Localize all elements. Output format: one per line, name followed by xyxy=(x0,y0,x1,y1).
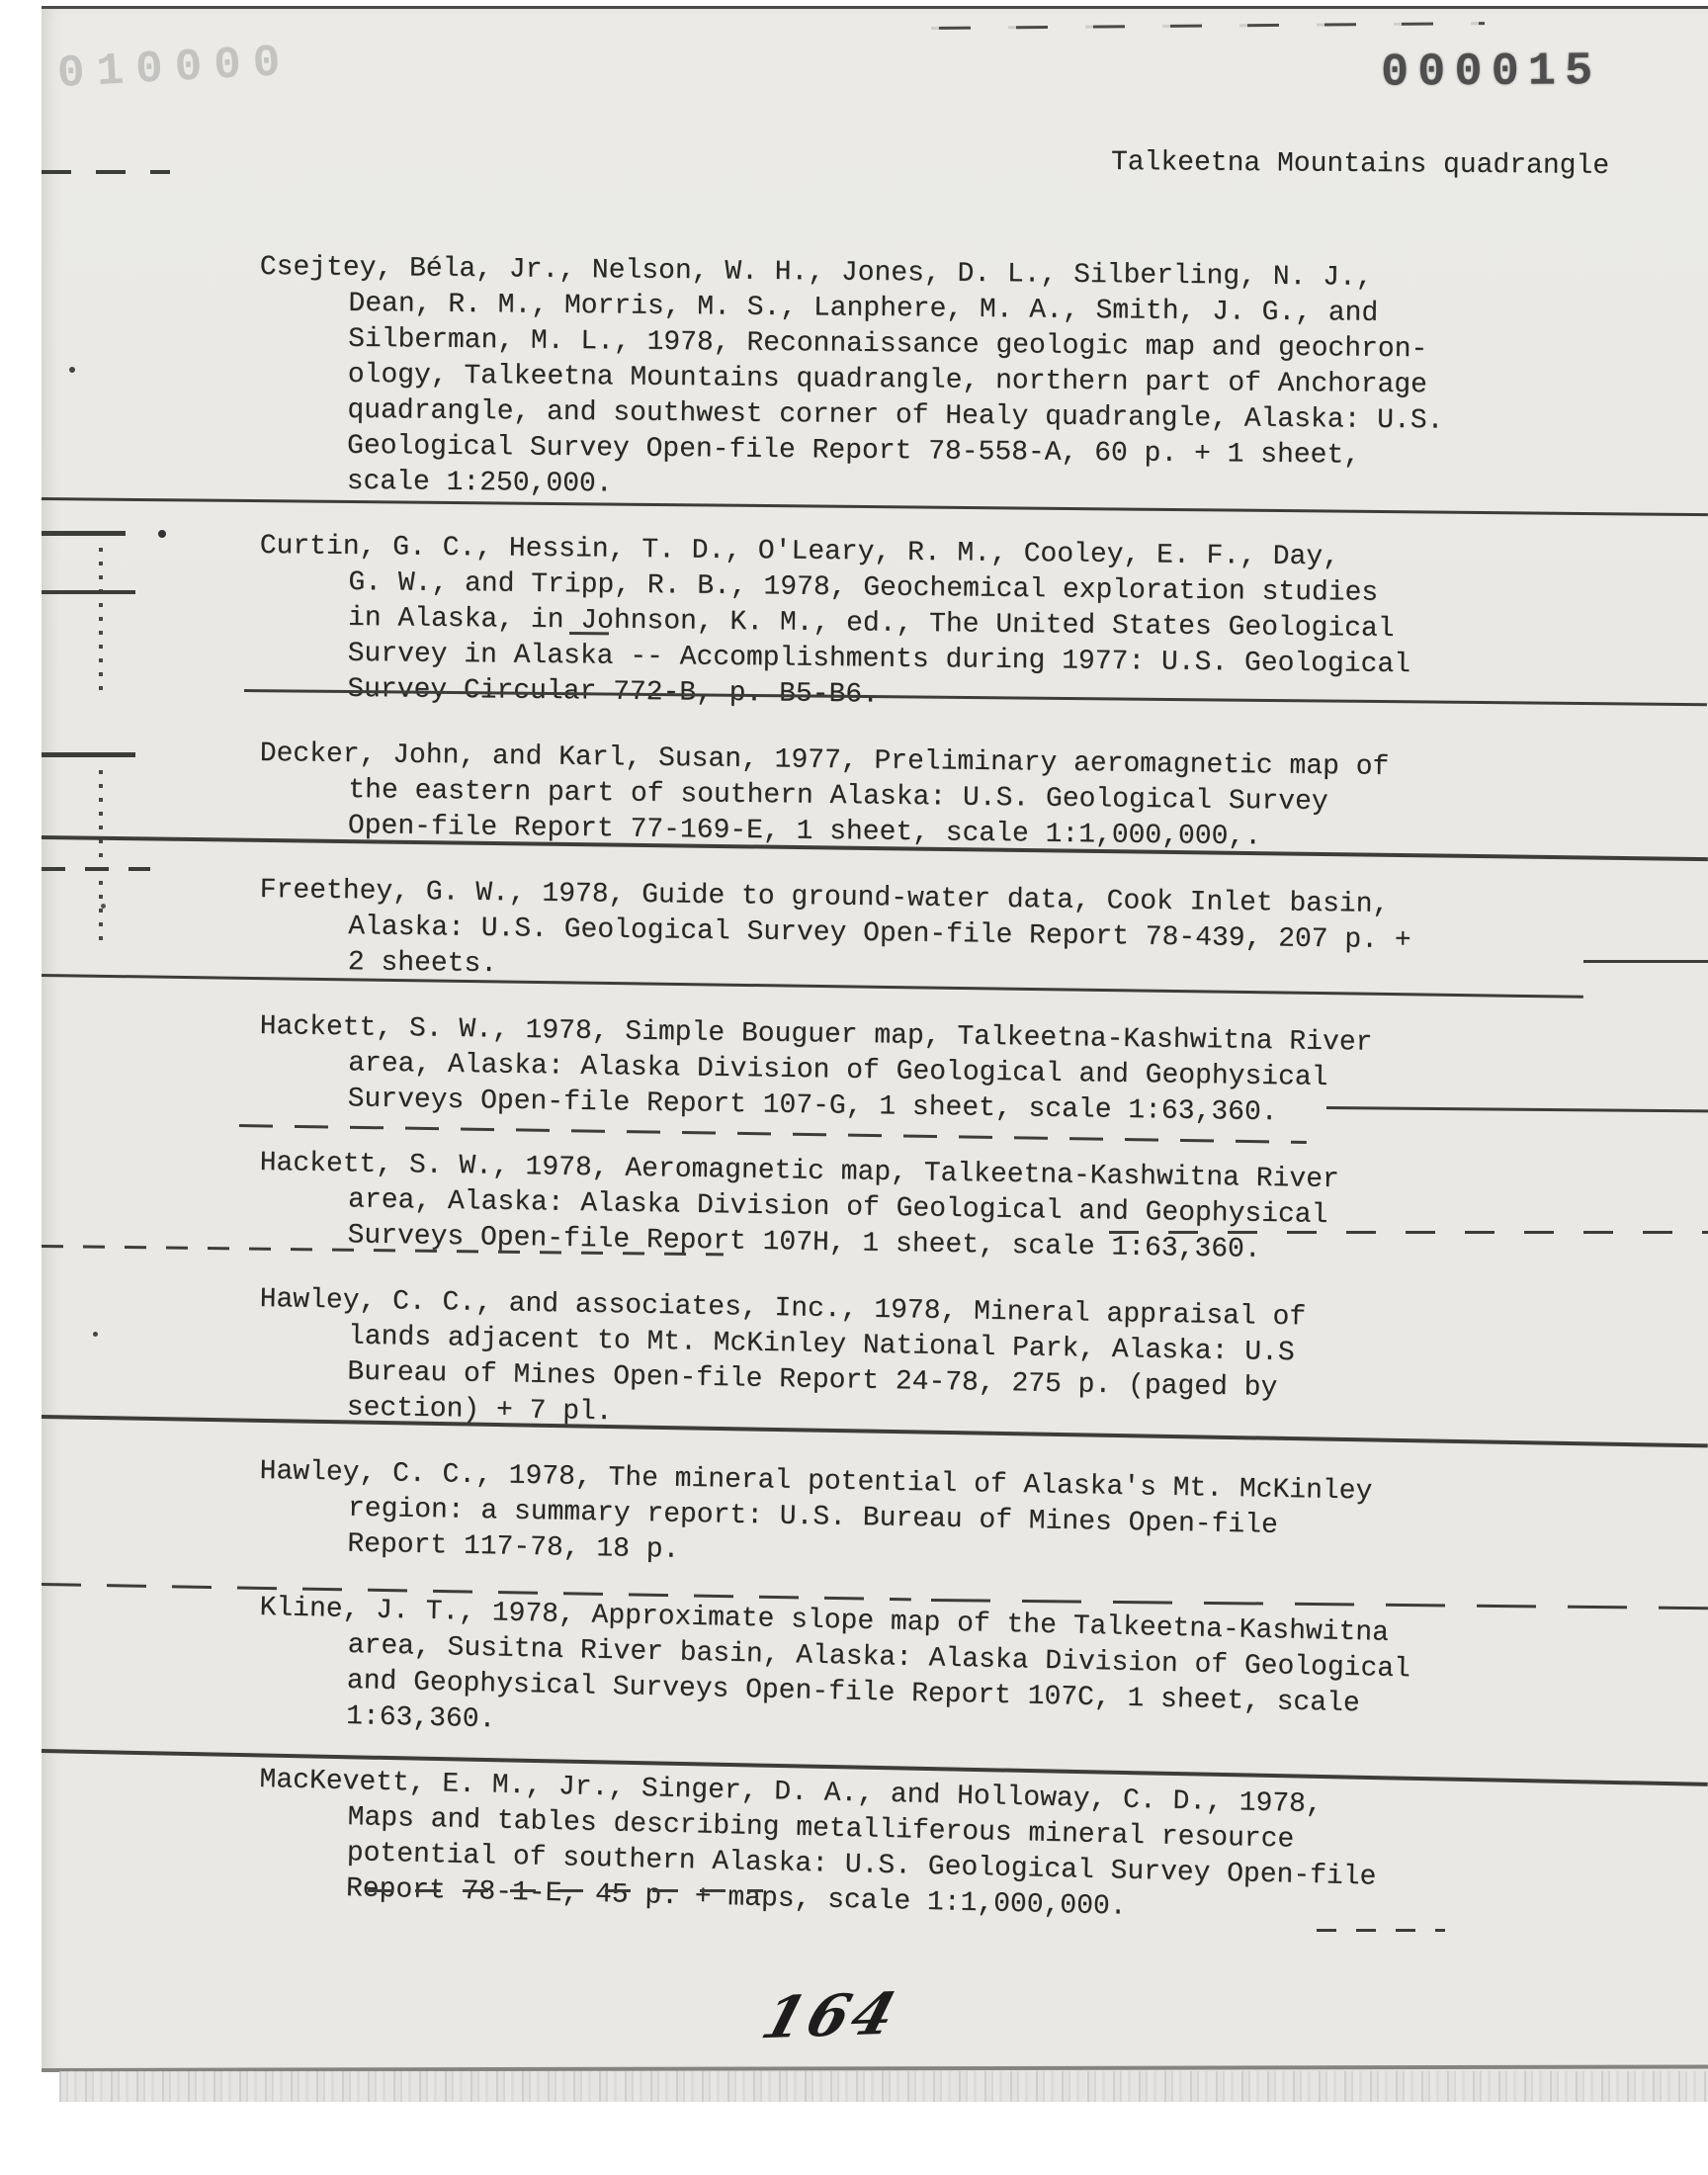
scan-artifact-dots xyxy=(99,548,103,696)
scanner-streak-band xyxy=(59,2071,1708,2102)
scan-artifact-line xyxy=(1317,1929,1445,1932)
bib-entry: MacKevett, E. M., Jr., Singer, D. A., an… xyxy=(257,1763,1545,1936)
scanned-document-page: 010000 000015 Talkeetna Mountains quadra… xyxy=(0,0,1708,2175)
scan-artifact-line xyxy=(1583,960,1708,963)
bib-entry: Kline, J. T., 1978, Approximate slope ma… xyxy=(257,1591,1545,1762)
scan-artifact-line xyxy=(42,590,135,594)
bib-entry: Csejtey, Béla, Jr., Nelson, W. H., Jones… xyxy=(258,250,1545,511)
faint-stamp-top-left: 010000 xyxy=(56,37,294,100)
bib-entry: Hackett, S. W., 1978, Simple Bouguer map… xyxy=(258,1009,1544,1135)
scan-artifact-line xyxy=(42,531,126,536)
scan-artifact-line xyxy=(1109,1231,1708,1234)
bib-entry: Hawley, C. C., 1978, The mineral potenti… xyxy=(258,1454,1545,1585)
serial-stamp-top-right: 000015 xyxy=(1381,45,1602,100)
scan-artifact-line xyxy=(368,1889,763,1892)
scan-speck xyxy=(93,1332,98,1337)
bib-entry: Freethey, G. W., 1978, Guide to ground-w… xyxy=(259,873,1545,997)
scan-artifact-dots xyxy=(99,770,103,943)
scan-speck xyxy=(158,530,166,538)
paper-sheet: 010000 000015 Talkeetna Mountains quadra… xyxy=(42,6,1708,2071)
page-header-quadrangle-title: Talkeetna Mountains quadrangle xyxy=(1111,147,1609,182)
scan-artifact-line xyxy=(42,752,135,757)
scan-artifact-line xyxy=(42,867,150,871)
scan-speck xyxy=(69,367,75,373)
bib-entry: Hackett, S. W., 1978, Aeromagnetic map, … xyxy=(258,1146,1545,1272)
handwritten-page-number: 164 xyxy=(754,1980,906,2052)
scan-artifact-underline xyxy=(569,632,609,635)
scan-artifact-line xyxy=(42,170,170,174)
scan-artifact-line xyxy=(931,22,1485,30)
scan-speck xyxy=(101,904,106,909)
